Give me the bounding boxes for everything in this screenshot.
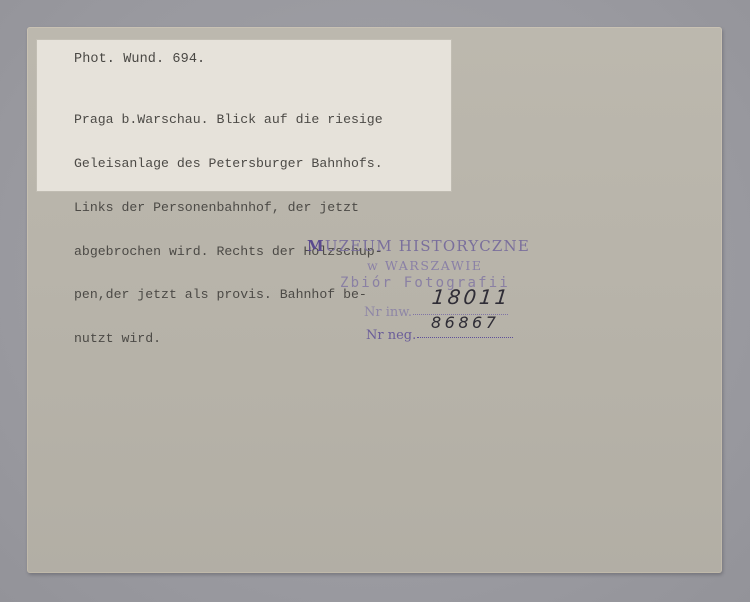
caption-line: pen,der jetzt als provis. Bahnhof be- — [74, 288, 383, 303]
dotted-line — [417, 336, 513, 338]
stamp-city: w WARSZAWIE — [367, 258, 483, 273]
caption-line: Links der Personenbahnhof, der jetzt — [74, 201, 383, 216]
dotted-line — [413, 313, 508, 315]
inventory-number-value: 18011 — [431, 285, 512, 309]
typed-caption-label: Phot. Wund. 694. Praga b.Warschau. Blick… — [37, 40, 451, 191]
caption-reference-number: Phot. Wund. 694. — [74, 52, 205, 67]
caption-text: Praga b.Warschau. Blick auf die riesige … — [74, 84, 383, 376]
caption-line: nutzt wird. — [74, 332, 383, 347]
negative-number-value: 86867 — [431, 313, 499, 332]
caption-line: Geleisanlage des Petersburger Bahnhofs. — [74, 157, 383, 172]
caption-line: Praga b.Warschau. Blick auf die riesige — [74, 113, 383, 128]
negative-number-field: Nr neg. — [366, 324, 513, 343]
photo-backing-card: Phot. Wund. 694. Praga b.Warschau. Blick… — [27, 27, 722, 573]
inventory-number-field: Nr inw. — [364, 301, 508, 320]
caption-line: abgebrochen wird. Rechts der Holzschup- — [74, 245, 383, 260]
